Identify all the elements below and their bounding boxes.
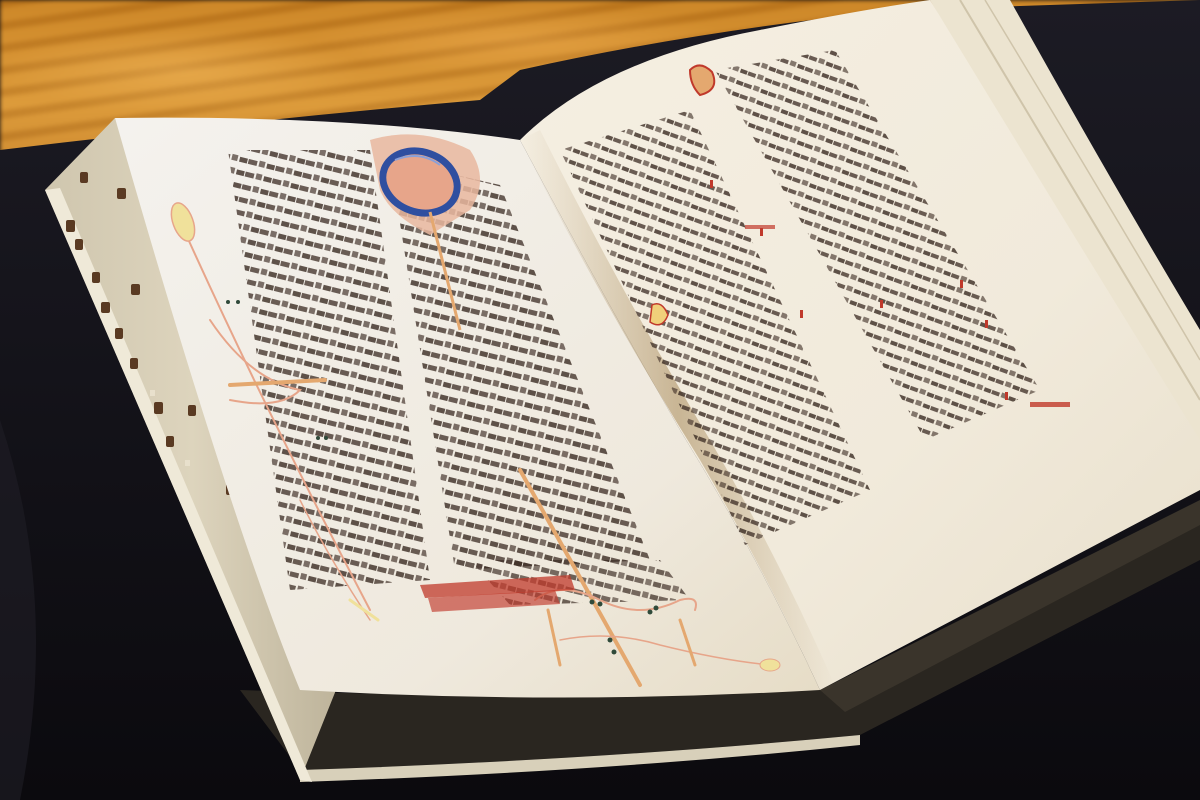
manuscript-illustration — [0, 0, 1200, 800]
photo-scene — [0, 0, 1200, 800]
